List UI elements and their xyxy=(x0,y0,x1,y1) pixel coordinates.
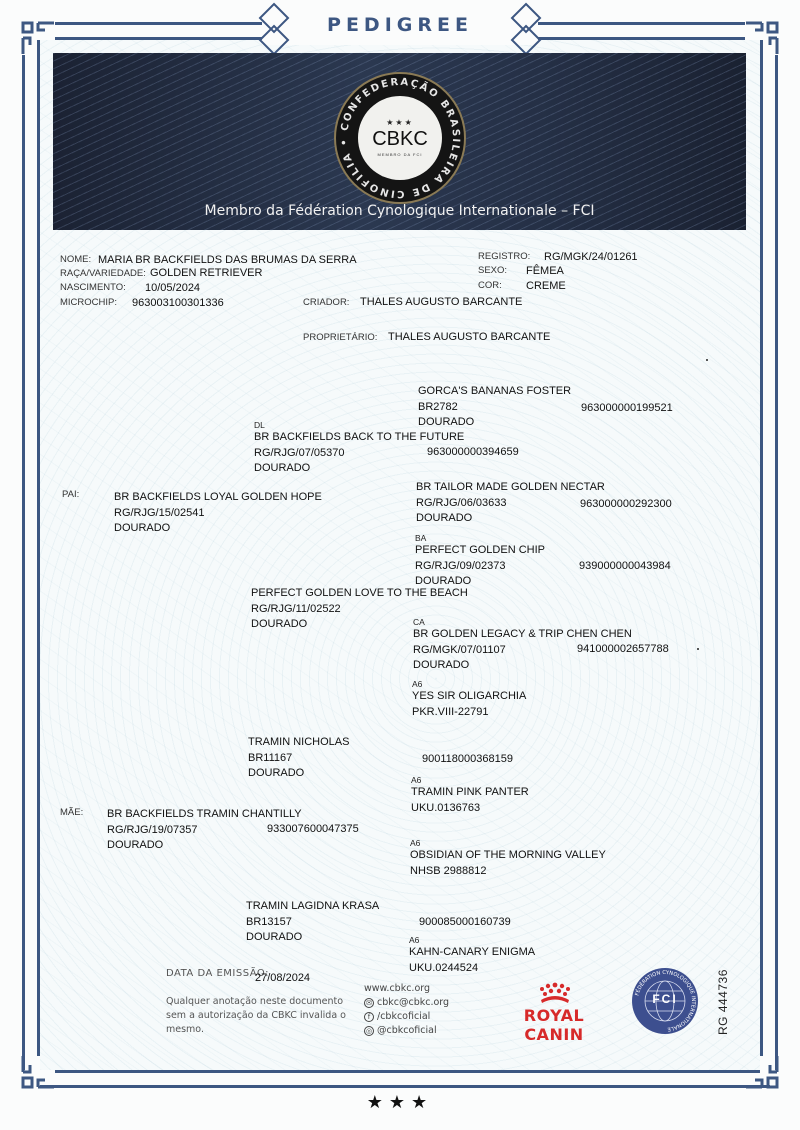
facebook-text: /cbkcoficial xyxy=(377,1010,430,1024)
cor-value: CREME xyxy=(526,280,566,292)
dog-name: BR BACKFIELDS BACK TO THE FUTURE xyxy=(254,431,464,443)
seal-name: CBKC xyxy=(358,128,442,151)
microchip-mae-pai: 900118000368159 xyxy=(422,753,513,765)
email-link[interactable]: ✉ cbkc@cbkc.org xyxy=(364,996,449,1010)
dog-color: DOURADO xyxy=(413,659,469,671)
contact-list: www.cbkc.org ✉ cbkc@cbkc.org f /cbkcofic… xyxy=(364,982,449,1038)
dog-name: BR TAILOR MADE GOLDEN NECTAR xyxy=(416,481,605,493)
pedigree-entry-mae-pai: TRAMIN NICHOLAS BR11167 DOURADO xyxy=(248,735,349,782)
nome-label: NOME: xyxy=(60,254,91,265)
dog-name: PERFECT GOLDEN LOVE TO THE BEACH xyxy=(251,587,468,599)
dog-name: TRAMIN PINK PANTER xyxy=(411,786,529,798)
dog-color: DOURADO xyxy=(248,767,304,779)
microchip-label: MICROCHIP: xyxy=(60,297,117,308)
dog-title-tag: A6 xyxy=(412,679,526,689)
banner-caption: Membro da Fédération Cynologique Interna… xyxy=(53,203,746,219)
microchip-pai-pai: 963000000394659 xyxy=(427,446,519,458)
dog-registration: UKU.0244524 xyxy=(409,962,478,974)
facebook-icon: f xyxy=(364,1012,374,1022)
serial-number: RG 444736 xyxy=(716,969,730,1035)
criador-value: THALES AUGUSTO BARCANTE xyxy=(360,296,522,308)
dog-name: OBSIDIAN OF THE MORNING VALLEY xyxy=(410,849,606,861)
dog-color: DOURADO xyxy=(416,512,472,524)
cbkc-seal-logo: CONFEDERAÇÃO BRASILEIRA DE CINOFILIA • ★… xyxy=(334,72,466,204)
raca-label: RAÇA/VARIEDADE: xyxy=(60,268,146,279)
dog-title-tag: A6 xyxy=(409,935,535,945)
pedigree-entry-pai-mae-pai: BA PERFECT GOLDEN CHIP RG/RJG/09/02373 D… xyxy=(415,533,545,590)
pedigree-entry-mae-mae: TRAMIN LAGIDNA KRASA BR13157 DOURADO xyxy=(246,899,379,946)
dog-registration: BR13157 xyxy=(246,916,292,928)
mae-label: MÃE: xyxy=(60,807,83,818)
pedigree-entry-mae-pai-pai: A6 YES SIR OLIGARCHIA PKR.VIII-22791 xyxy=(412,679,526,720)
seal-stars: ★★★ xyxy=(358,118,442,127)
microchip-mae-mae: 900085000160739 xyxy=(419,916,511,928)
crown-icon xyxy=(535,982,575,1006)
dog-registration: RG/RJG/19/07357 xyxy=(107,824,198,836)
microchip-pai-mae-mae: 941000002657788 xyxy=(577,643,669,655)
frame-border xyxy=(55,1070,760,1073)
proprietario-label: PROPRIETÁRIO: xyxy=(303,332,377,343)
website-text: www.cbkc.org xyxy=(364,982,430,996)
disclaimer-note: Qualquer anotação neste documento sem a … xyxy=(166,995,346,1037)
nascimento-label: NASCIMENTO: xyxy=(60,282,126,293)
proprietario-value: THALES AUGUSTO BARCANTE xyxy=(388,331,550,343)
frame-border xyxy=(40,1085,770,1088)
pai-label: PAI: xyxy=(62,489,79,500)
dog-color: DOURADO xyxy=(254,462,310,474)
dog-registration: BR2782 xyxy=(418,401,458,413)
microchip-pai-mae-pai: 939000000043984 xyxy=(579,560,671,572)
cor-label: COR: xyxy=(478,280,502,291)
document-title: PEDIGREE xyxy=(0,14,800,36)
frame-border xyxy=(760,40,763,1056)
microchip-pai-pai-mae: 963000000292300 xyxy=(580,498,672,510)
registro-label: REGISTRO: xyxy=(478,251,530,262)
dog-registration: RG/RJG/09/02373 xyxy=(415,560,506,572)
instagram-text: @cbkcoficial xyxy=(377,1024,437,1038)
dog-title-tag: DL xyxy=(254,420,464,430)
dog-name: YES SIR OLIGARCHIA xyxy=(412,690,526,702)
corner-ornament-icon xyxy=(746,1056,780,1090)
sexo-value: FÊMEA xyxy=(526,265,564,277)
pedigree-entry-mae-pai-mae: A6 TRAMIN PINK PANTER UKU.0136763 xyxy=(411,775,529,816)
dog-name: BR BACKFIELDS LOYAL GOLDEN HOPE xyxy=(114,491,322,503)
dog-registration: RG/MGK/07/01107 xyxy=(413,644,506,656)
website-link[interactable]: www.cbkc.org xyxy=(364,982,449,996)
microchip-mae: 933007600047375 xyxy=(267,823,359,835)
seal-center: ★★★ CBKC MEMBRO DA FCI xyxy=(358,96,442,180)
sponsor-name: ROYAL CANIN xyxy=(497,1006,611,1044)
dog-registration: RG/RJG/07/05370 xyxy=(254,447,345,459)
corner-ornament-icon xyxy=(20,1056,54,1090)
frame-border xyxy=(22,55,25,1070)
frame-border xyxy=(775,55,778,1070)
dog-color: DOURADO xyxy=(246,931,302,943)
seal-subtitle: MEMBRO DA FCI xyxy=(358,152,442,157)
dog-registration: RG/RJG/06/03633 xyxy=(416,497,507,509)
dog-registration: UKU.0136763 xyxy=(411,802,480,814)
dog-color: DOURADO xyxy=(114,522,170,534)
dog-registration: NHSB 2988812 xyxy=(410,865,486,877)
registro-value: RG/MGK/24/01261 xyxy=(544,251,638,263)
fci-logo: FÉDÉRATION CYNOLOGIQUE INTERNATIONALE FC… xyxy=(632,968,698,1034)
dog-title-tag: BA xyxy=(415,533,545,543)
ink-speck xyxy=(706,359,708,361)
pedigree-entry-mae-mae-pai: A6 OBSIDIAN OF THE MORNING VALLEY NHSB 2… xyxy=(410,838,606,879)
instagram-icon: ◎ xyxy=(364,1026,374,1036)
microchip-pai-pai-pai: 963000000199521 xyxy=(581,402,673,414)
pedigree-entry-mae-mae-mae: A6 KAHN-CANARY ENIGMA UKU.0244524 xyxy=(409,935,535,976)
email-icon: ✉ xyxy=(364,998,374,1008)
fci-label: FCI xyxy=(632,992,698,1006)
dog-name: BR GOLDEN LEGACY & TRIP CHEN CHEN xyxy=(413,628,632,640)
facebook-link[interactable]: f /cbkcoficial xyxy=(364,1010,449,1024)
dog-title-tag: A6 xyxy=(411,775,529,785)
royal-canin-logo: ROYAL CANIN xyxy=(497,980,617,1030)
email-text: cbkc@cbkc.org xyxy=(377,996,449,1010)
footer-stars: ★★★ xyxy=(0,1092,800,1113)
nome-value: MARIA BR BACKFIELDS DAS BRUMAS DA SERRA xyxy=(98,254,357,266)
dog-registration: RG/RJG/15/02541 xyxy=(114,507,205,519)
dog-name: TRAMIN NICHOLAS xyxy=(248,736,349,748)
instagram-link[interactable]: ◎ @cbkcoficial xyxy=(364,1024,449,1038)
dog-title-tag: A6 xyxy=(410,838,606,848)
ink-speck xyxy=(697,648,699,650)
sexo-label: SEXO: xyxy=(478,265,507,276)
raca-value: GOLDEN RETRIEVER xyxy=(150,267,262,279)
dog-name: PERFECT GOLDEN CHIP xyxy=(415,544,545,556)
dog-name: BR BACKFIELDS TRAMIN CHANTILLY xyxy=(107,808,302,820)
dog-registration: PKR.VIII-22791 xyxy=(412,706,488,718)
dog-name: GORCA'S BANANAS FOSTER xyxy=(418,385,571,397)
pedigree-entry-pai-pai-mae: BR TAILOR MADE GOLDEN NECTAR RG/RJG/06/0… xyxy=(416,480,605,527)
dog-name: KAHN-CANARY ENIGMA xyxy=(409,946,535,958)
dog-color: DOURADO xyxy=(107,839,163,851)
dog-title-tag: CA xyxy=(413,617,632,627)
emissao-label: DATA DA EMISSÃO: xyxy=(166,968,269,979)
dog-registration: BR11167 xyxy=(248,752,292,764)
dog-registration: RG/RJG/11/02522 xyxy=(251,603,341,615)
criador-label: CRIADOR: xyxy=(303,297,349,308)
emissao-date: 27/08/2024 xyxy=(255,972,310,984)
dog-name: TRAMIN LAGIDNA KRASA xyxy=(246,900,379,912)
dog-color: DOURADO xyxy=(251,618,307,630)
pedigree-entry-pai: BR BACKFIELDS LOYAL GOLDEN HOPE RG/RJG/1… xyxy=(114,490,322,537)
nascimento-value: 10/05/2024 xyxy=(145,282,200,294)
microchip-value: 963003100301336 xyxy=(132,297,224,309)
frame-border xyxy=(37,40,40,1056)
